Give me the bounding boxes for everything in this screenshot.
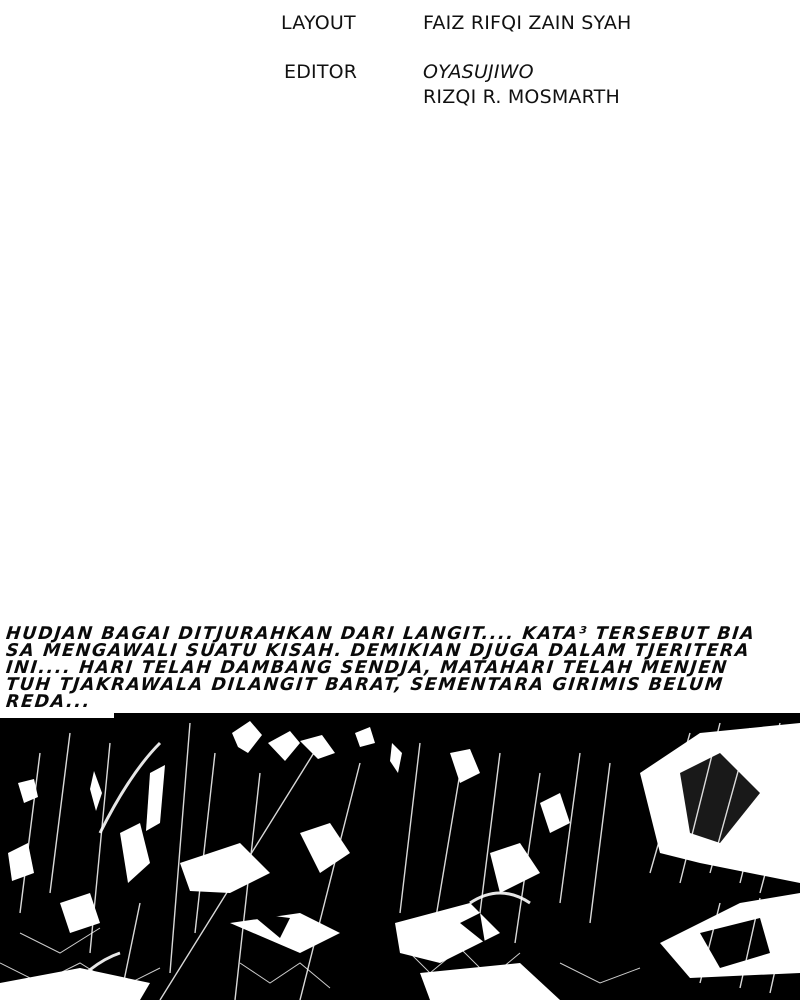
forest-rain-illustration bbox=[0, 713, 800, 1000]
credit-role-layout: LAYOUT bbox=[281, 12, 356, 34]
credits-block: LAYOUT FAIZ RIFQI ZAIN SYAH EDITOR OYASU… bbox=[0, 0, 800, 120]
credit-name-editor-2: RIZQI R. MOSMARTH bbox=[423, 86, 620, 108]
credit-name-editor-1: OYASUJIWO bbox=[423, 61, 534, 83]
caption-line: TUH TJAKRAWALA DILANGIT BARAT, SEMENTARA… bbox=[5, 677, 724, 694]
credit-name-layout: FAIZ RIFQI ZAIN SYAH bbox=[423, 12, 632, 34]
caption-line: REDA... bbox=[5, 694, 92, 711]
credit-role-editor: EDITOR bbox=[284, 61, 357, 83]
comic-panel-forest-illustration bbox=[0, 713, 800, 1000]
